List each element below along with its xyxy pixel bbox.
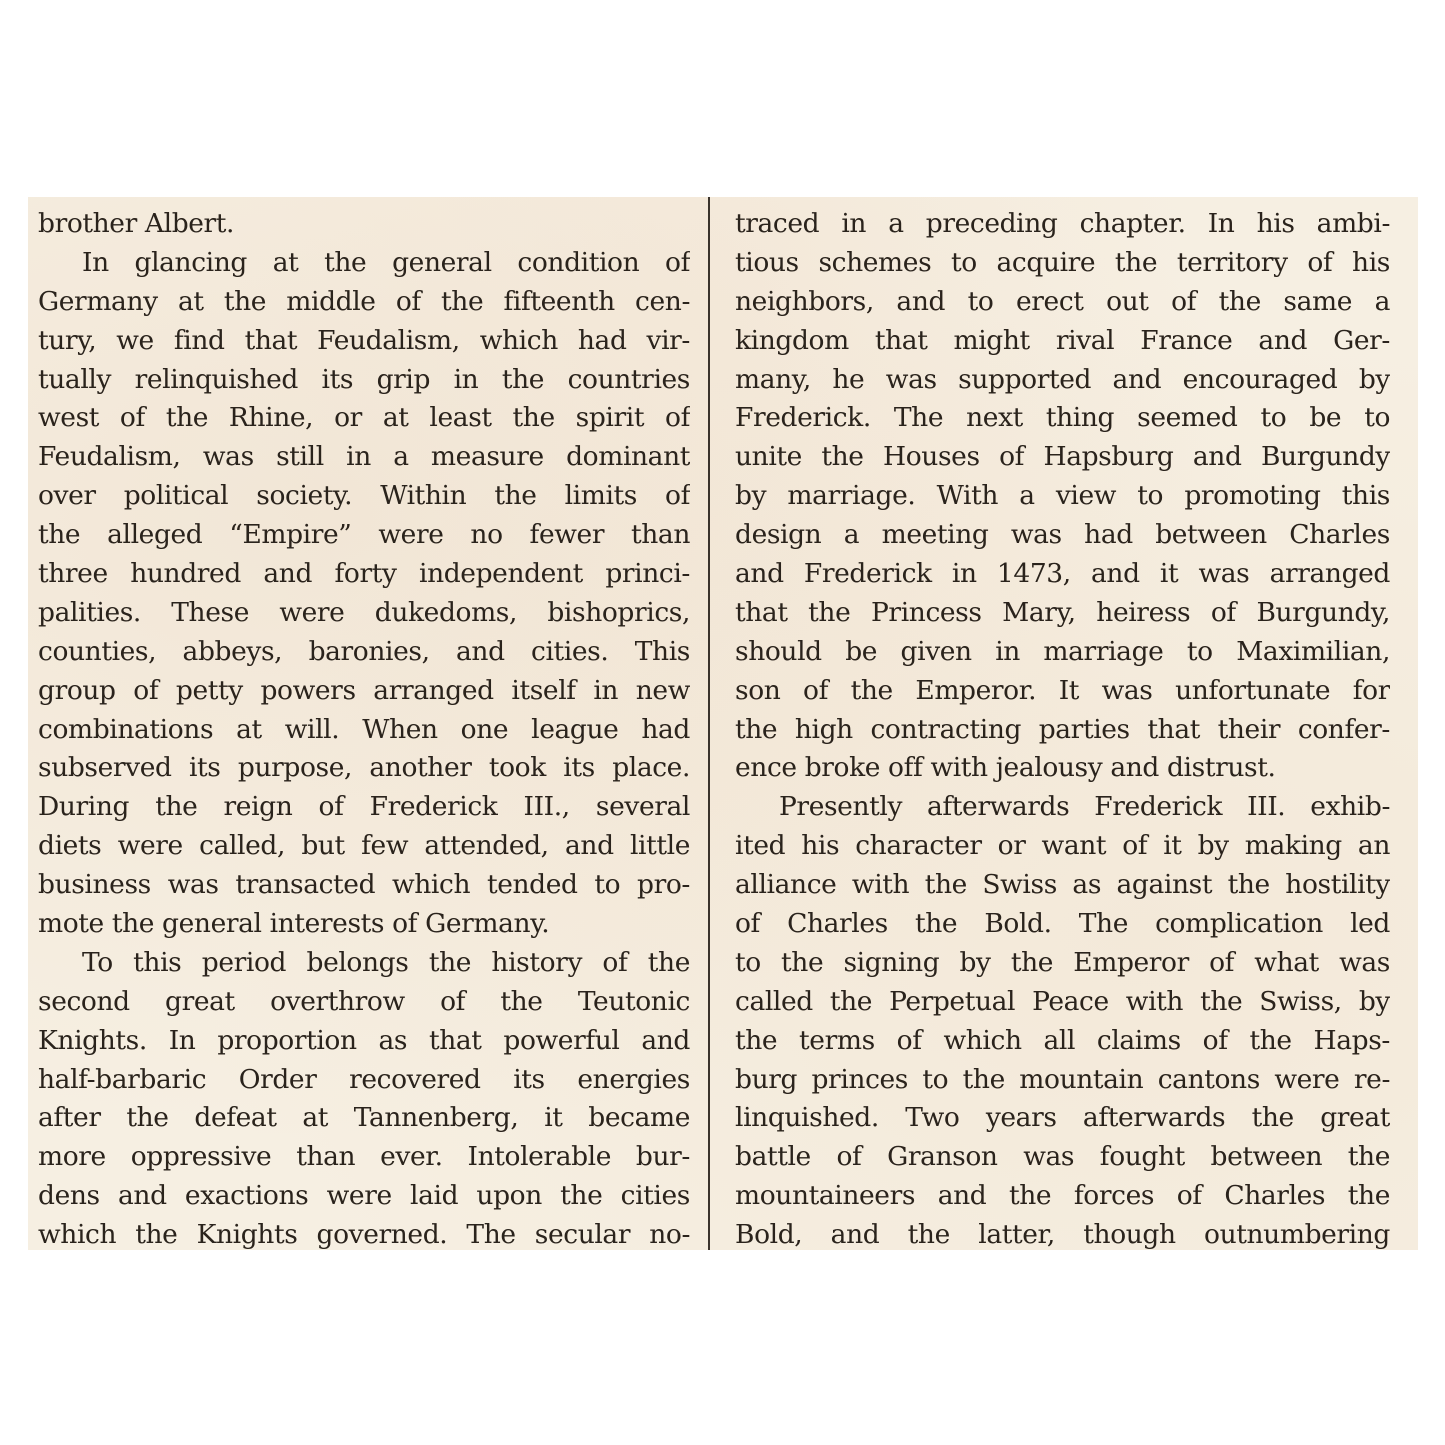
text-line: In glancing at the general condition of: [38, 244, 690, 283]
text-line: To this period belongs the history of th…: [38, 944, 690, 983]
text-line: son of the Emperor. It was unfortunate f…: [735, 672, 1390, 711]
text-line: During the reign of Frederick III., seve…: [38, 788, 690, 827]
text-line: many, he was supported and encouraged by: [735, 361, 1390, 400]
text-line: counties, abbeys, baronies, and cities. …: [38, 633, 690, 672]
text-line: the terms of which all claims of the Hap…: [735, 1022, 1390, 1061]
text-line: over political society. Within the limit…: [38, 477, 690, 516]
text-line: Frederick. The next thing seemed to be t…: [735, 399, 1390, 438]
text-line: and Frederick in 1473, and it was arrang…: [735, 555, 1390, 594]
text-line: kingdom that might rival France and Ger-: [735, 322, 1390, 361]
text-line: burg princes to the mountain cantons wer…: [735, 1061, 1390, 1100]
text-line: by marriage. With a view to promoting th…: [735, 477, 1390, 516]
text-line: Feudalism, was still in a measure domina…: [38, 438, 690, 477]
text-line: dens and exactions were laid upon the ci…: [38, 1177, 690, 1216]
text-line: the high contracting parties that their …: [735, 711, 1390, 750]
text-line: after the defeat at Tannenberg, it becam…: [38, 1099, 690, 1138]
text-line: more oppressive than ever. Intolerable b…: [38, 1138, 690, 1177]
text-line: which the Knights governed. The secular …: [38, 1216, 690, 1250]
left-column: brother Albert. In glancing at the gener…: [38, 205, 690, 1250]
text-line: traced in a preceding chapter. In his am…: [735, 205, 1390, 244]
text-line: diets were called, but few attended, and…: [38, 827, 690, 866]
text-line: Bold, and the latter, though outnumberin…: [735, 1216, 1390, 1250]
column-divider: [708, 197, 710, 1250]
text-line: west of the Rhine, or at least the spiri…: [38, 399, 690, 438]
text-line: subserved its purpose, another took its …: [38, 749, 690, 788]
text-line: Germany at the middle of the fifteenth c…: [38, 283, 690, 322]
cut-off-top-line: Frederick III., was ...: [38, 197, 698, 199]
text-line: design a meeting was had between Charles: [735, 516, 1390, 555]
text-line: combinations at will. When one league ha…: [38, 711, 690, 750]
text-line: group of petty powers arranged itself in…: [38, 672, 690, 711]
text-line: business was transacted which tended to …: [38, 866, 690, 905]
text-line: tually relinquished its grip in the coun…: [38, 361, 690, 400]
text-line: brother Albert.: [38, 205, 690, 244]
text-line: of Charles the Bold. The complication le…: [735, 905, 1390, 944]
text-line: unite the Houses of Hapsburg and Burgund…: [735, 438, 1390, 477]
text-line: that the Princess Mary, heiress of Burgu…: [735, 594, 1390, 633]
text-line: Knights. In proportion as that powerful …: [38, 1022, 690, 1061]
text-line: palities. These were dukedoms, bishopric…: [38, 594, 690, 633]
text-line: battle of Granson was fought between the: [735, 1138, 1390, 1177]
text-line: three hundred and forty independent prin…: [38, 555, 690, 594]
text-line: mountaineers and the forces of Charles t…: [735, 1177, 1390, 1216]
text-line: called the Perpetual Peace with the Swis…: [735, 983, 1390, 1022]
text-line: to the signing by the Emperor of what wa…: [735, 944, 1390, 983]
text-line: tious schemes to acquire the territory o…: [735, 244, 1390, 283]
text-line: ence broke off with jealousy and distrus…: [735, 749, 1390, 788]
text-line: mote the general interests of Germany.: [38, 905, 690, 944]
text-line: half-barbaric Order recovered its energi…: [38, 1061, 690, 1100]
text-line: the alleged “Empire” were no fewer than: [38, 516, 690, 555]
text-line: Presently afterwards Frederick III. exhi…: [735, 788, 1390, 827]
scanned-page: Frederick III., was ... brother Albert. …: [28, 197, 1418, 1250]
text-line: ited his character or want of it by maki…: [735, 827, 1390, 866]
text-line: tury, we find that Feudalism, which had …: [38, 322, 690, 361]
text-line: alliance with the Swiss as against the h…: [735, 866, 1390, 905]
text-line: should be given in marriage to Maximilia…: [735, 633, 1390, 672]
text-line: second great overthrow of the Teutonic: [38, 983, 690, 1022]
text-line: neighbors, and to erect out of the same …: [735, 283, 1390, 322]
right-column: traced in a preceding chapter. In his am…: [735, 205, 1390, 1250]
text-line: linquished. Two years afterwards the gre…: [735, 1099, 1390, 1138]
